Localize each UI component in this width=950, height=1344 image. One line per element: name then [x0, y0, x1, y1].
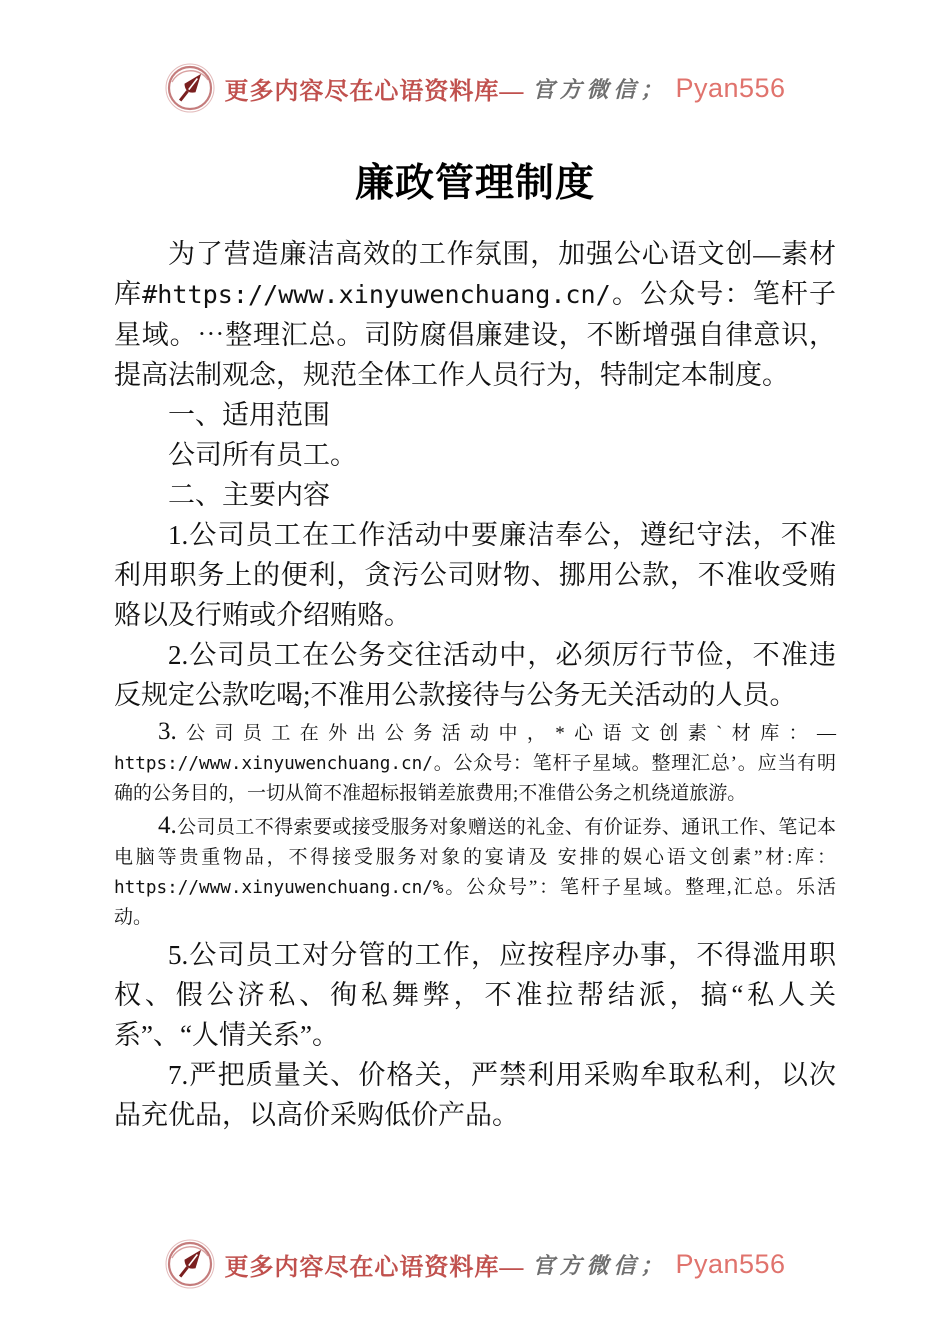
footer-wechat-id: Pyan556 [675, 1249, 785, 1280]
rule-4-paragraph: 4.公司员工不得索要或接受服务对象赠送的礼金、有价证券、通讯工作、笔记本电脑等贵… [114, 811, 836, 933]
rule-3-paragraph: 3.公司员工在外出公务活动中，*心语文创素`材库：—https://www.xi… [114, 717, 836, 809]
rule-2-paragraph: 2.公司员工在公务交往活动中，必须厉行节俭，不准违反规定公款吃喝;不准用公款接待… [114, 635, 836, 715]
document-page: 更多内容尽在心语资料库— 官方微信； Pyan556 廉政管理制度 为了营造廉洁… [0, 0, 950, 1344]
intro-paragraph: 为了营造廉洁高效的工作氛围，加强公心语文创—素材库#https://www.xi… [114, 234, 836, 395]
section-2-heading: 二、主要内容 [114, 475, 836, 515]
rule-7-paragraph: 7.严把质量关、价格关，严禁利用采购牟取私利，以次品充优品，以高价采购低价产品。 [114, 1055, 836, 1135]
pen-logo-icon [164, 62, 216, 114]
footer-wechat-label: 官方微信； [532, 1249, 667, 1280]
rule-3-number: 3. [158, 718, 177, 745]
footer-brandbar: 更多内容尽在心语资料库— 官方微信； Pyan556 [0, 1238, 950, 1290]
header-brand-text: 更多内容尽在心语资料库— [224, 71, 524, 106]
rule-3-url-text: https://www.xinyuwenchuang.cn/ [114, 754, 433, 774]
rule-4-text-1: 公司员工不得索要或接受服务对象赠送的礼金、有价证券、通讯工作、笔记本电脑等贵重物… [114, 817, 836, 868]
rule-3-text-1: 公司员工在外出公务活动中，*心语文创素`材库：— [177, 723, 836, 744]
document-content: 廉政管理制度 为了营造廉洁高效的工作氛围，加强公心语文创—素材库#https:/… [114, 152, 836, 1135]
footer-brand-text: 更多内容尽在心语资料库— [224, 1247, 524, 1282]
header-brandbar: 更多内容尽在心语资料库— 官方微信； Pyan556 [0, 62, 950, 114]
section-1-body: 公司所有员工。 [114, 435, 836, 475]
header-wechat-label: 官方微信； [532, 73, 667, 104]
rule-4-number: 4. [158, 812, 177, 839]
rule-5-paragraph: 5.公司员工对分管的工作，应按程序办事，不得滥用职权、假公济私、徇私舞弊，不准拉… [114, 935, 836, 1055]
intro-url-text: #https://www.xinyuwenchuang.cn/ [142, 280, 611, 309]
rule-1-paragraph: 1.公司员工在工作活动中要廉洁奉公，遵纪守法，不准利用职务上的便利，贪污公司财物… [114, 515, 836, 635]
document-title: 廉政管理制度 [114, 152, 836, 208]
header-wechat-id: Pyan556 [675, 73, 785, 104]
rule-4-url-text: https://www.xinyuwenchuang.cn/% [114, 878, 444, 898]
section-1-heading: 一、适用范围 [114, 395, 836, 435]
pen-logo-icon [164, 1238, 216, 1290]
